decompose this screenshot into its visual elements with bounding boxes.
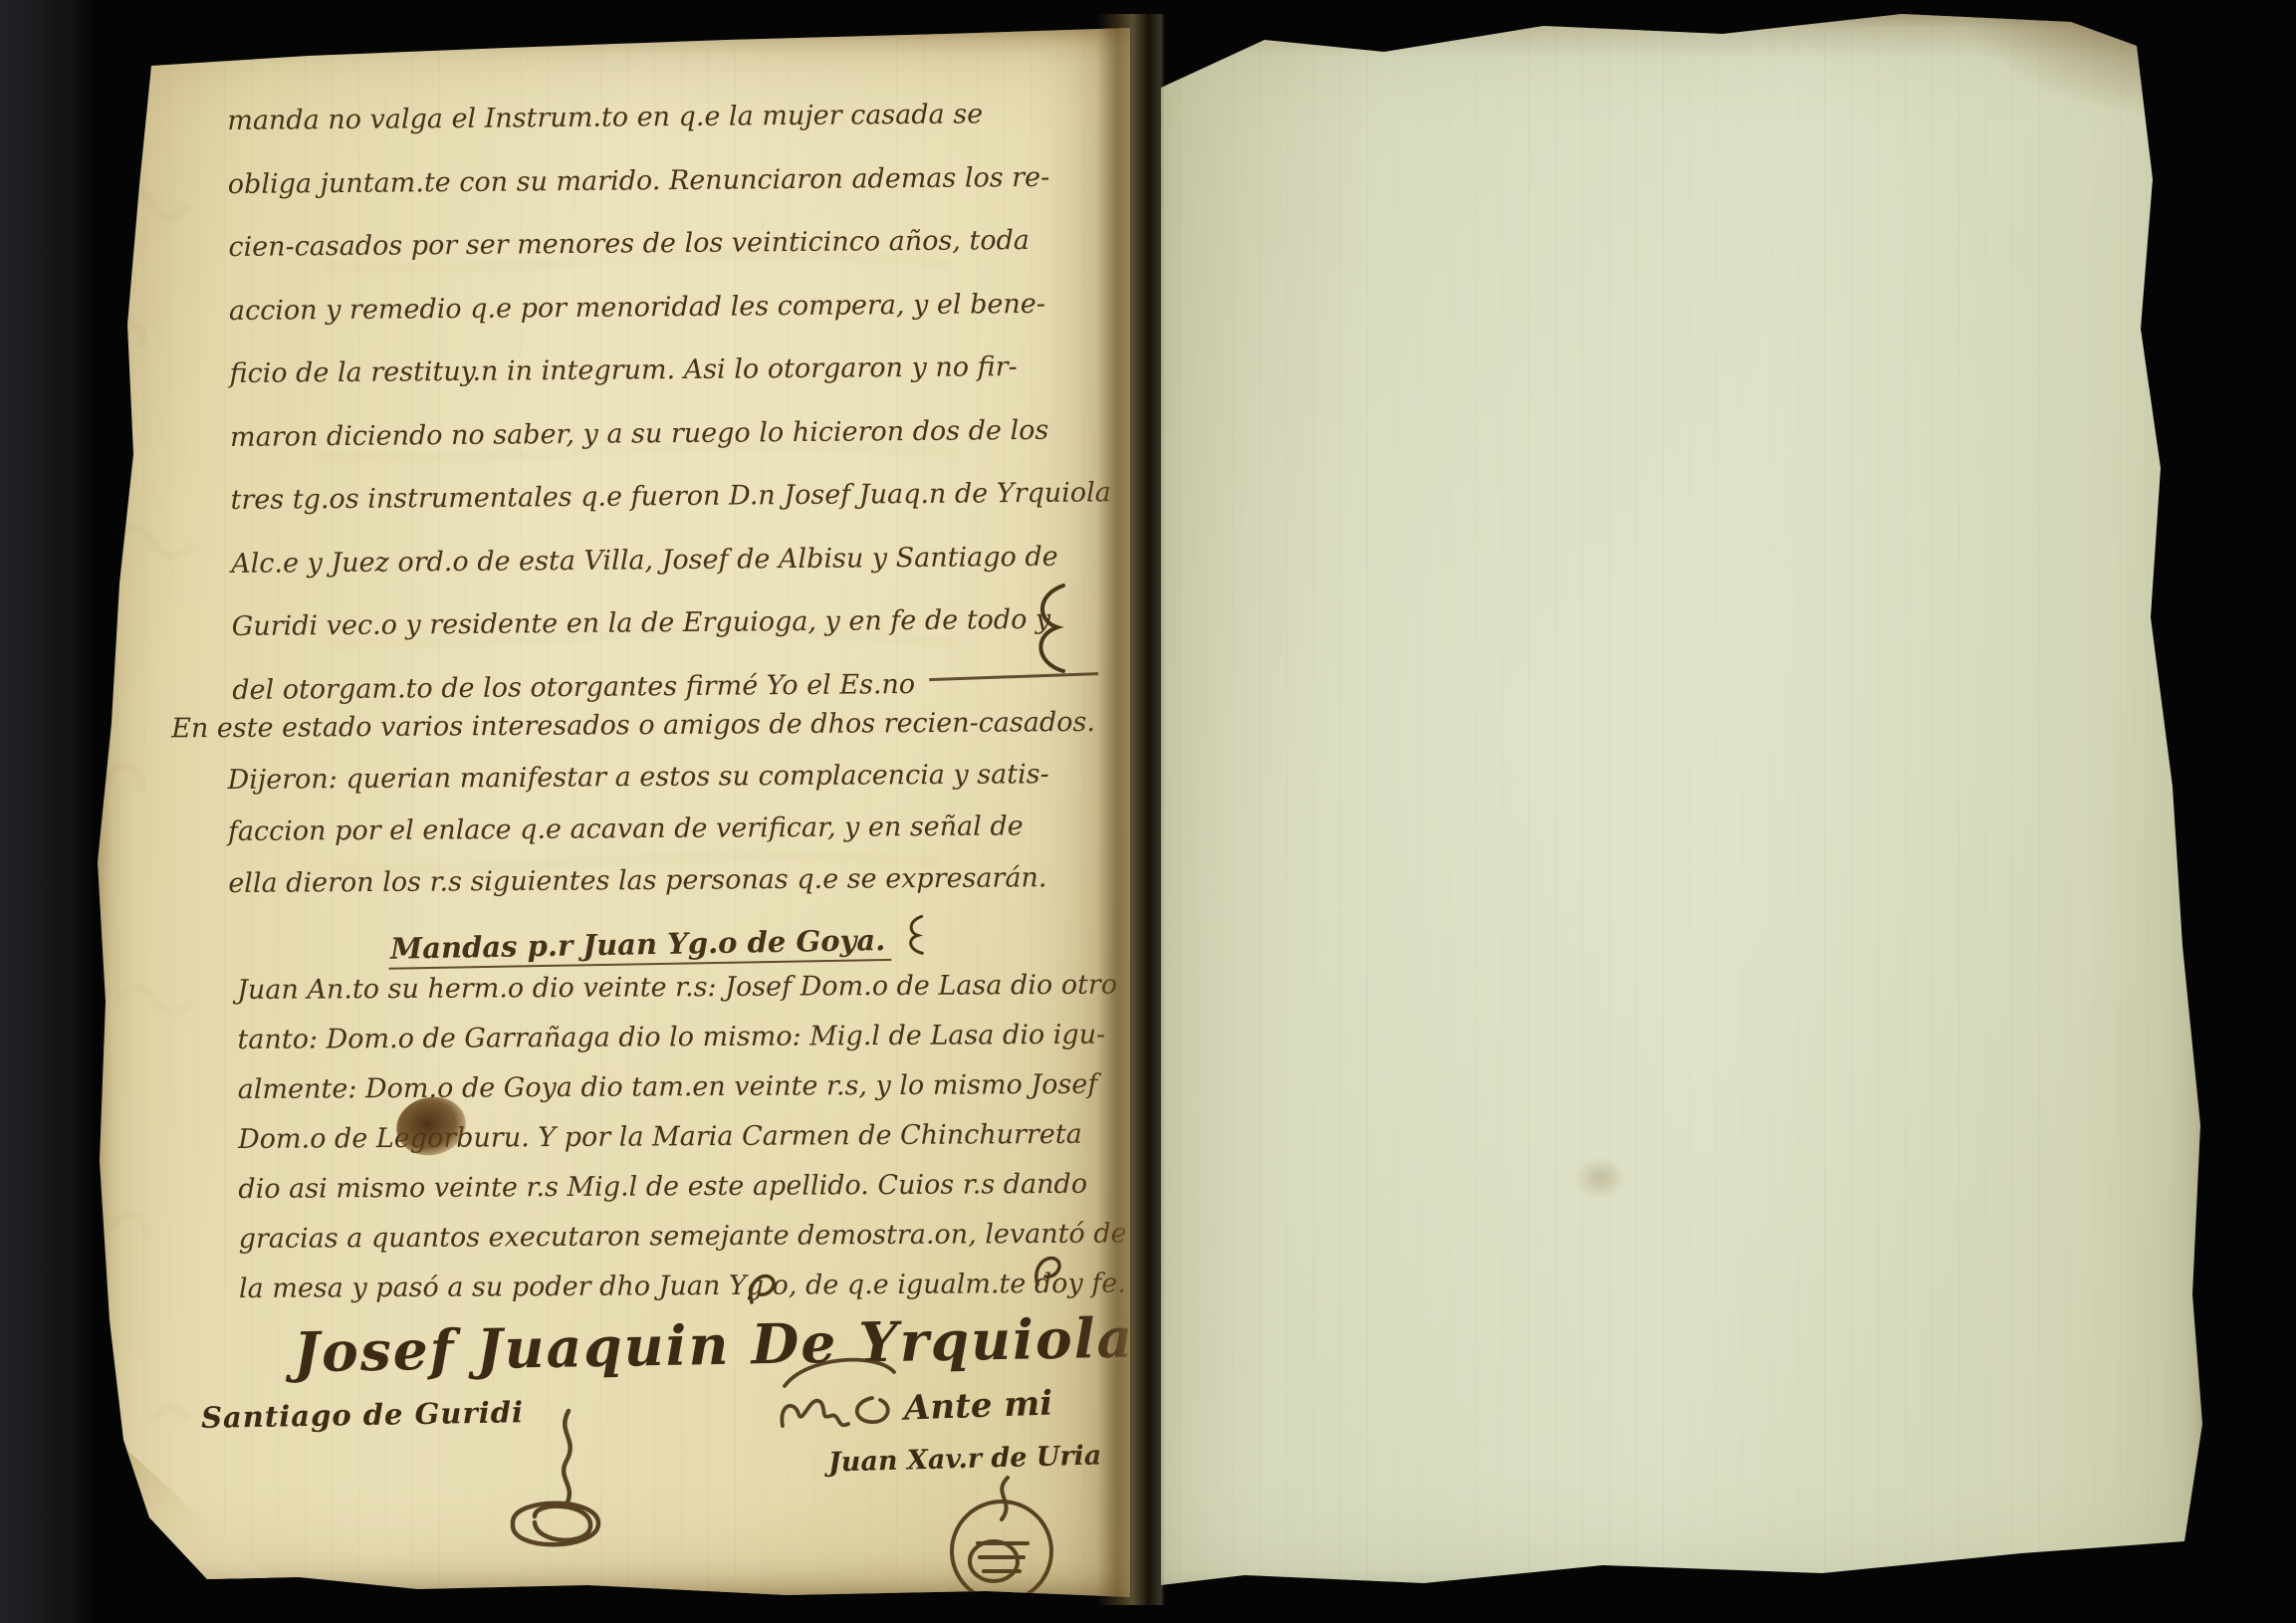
manuscript-line: la mesa y pasó a su poder dho Juan Yg.o,… <box>239 1260 1127 1314</box>
rubric-flourish-guridi <box>483 1405 632 1574</box>
manuscript-line: gracias a quantos executaron semejante d… <box>239 1210 1127 1265</box>
manuscript-line: cien-casados por ser menores de los vein… <box>228 208 1109 279</box>
heading-row: Mandas p.r Juan Yg.o de Goya. <box>388 913 929 965</box>
manuscript-line: Dijeron: querian manifestar a estos su c… <box>227 749 1095 807</box>
paragraph-three: Juan An.to su herm.o dio veinte r.s: Jos… <box>237 961 1127 1314</box>
page-edge-shading <box>1125 0 2215 1605</box>
manuscript-line: obliga juntam.te con su marido. Renuncia… <box>228 145 1109 216</box>
rubric-flourish-scribe <box>944 1472 1063 1606</box>
paragraph-one: manda no valga el Instrum.to en q.e la m… <box>227 82 1113 722</box>
faint-stain <box>1575 1157 1625 1199</box>
signature-witness: Santiago de Guridi <box>201 1395 525 1435</box>
folded-page-corner <box>108 1422 295 1597</box>
paragraph-two: En este estado varios interesados o amig… <box>227 697 1096 910</box>
heading-flourish <box>902 913 929 955</box>
laid-paper-texture <box>1125 0 2215 1605</box>
manuscript-line: tres tg.os instrumentales q.e fueron D.n… <box>230 461 1111 532</box>
browned-corner <box>1956 0 2215 119</box>
manuscript-line: Dom.o de Legorburu. Y por la Maria Carme… <box>238 1110 1126 1165</box>
attestation-ante-mi: Ante mi <box>903 1383 1052 1428</box>
line-filler-rule <box>929 672 1098 681</box>
manuscript-line: tanto: Dom.o de Garrañaga dio lo mismo: … <box>237 1011 1125 1065</box>
manuscript-line: Alc.e y Juez ord.o de esta Villa, Josef … <box>231 525 1112 595</box>
manuscript-line: manda no valga el Instrum.to en q.e la m… <box>227 82 1108 152</box>
manuscript-line: Guridi vec.o y residente en la de Erguio… <box>231 587 1112 658</box>
manuscript-line: accion y remedio q.e por menoridad les c… <box>229 272 1110 343</box>
manuscript-line: Juan An.to su herm.o dio veinte r.s: Jos… <box>237 961 1125 1016</box>
manuscript-line: dio asi mismo veinte r.s Mig.l de este a… <box>238 1160 1126 1215</box>
manuscript-line: ficio de la restituy.n in integrum. Asi … <box>229 335 1110 405</box>
manuscript-line: almente: Dom.o de Goya dio tam.en veinte… <box>238 1060 1126 1115</box>
right-page-blank <box>1125 0 2215 1605</box>
signature-scribe: Juan Xav.r de Uria <box>828 1440 1102 1478</box>
browned-top-edge <box>1125 0 2215 58</box>
manuscript-line: maron diciendo no saber, y a su ruego lo… <box>230 398 1111 469</box>
left-page: manda no valga el Instrum.to en q.e la m… <box>90 26 1130 1599</box>
manuscript-line: faccion por el enlace q.e acavan de veri… <box>228 801 1096 858</box>
manuscript-photograph: manda no valga el Instrum.to en q.e la m… <box>0 0 2296 1623</box>
backing-mat <box>0 0 100 1623</box>
manuscript-line: ella dieron los r.s siguientes las perso… <box>228 852 1096 910</box>
manuscript-line: En este estado varios interesados o amig… <box>171 697 1095 755</box>
signature-principal: Josef Juaquin De Yrquiola <box>293 1305 1134 1385</box>
